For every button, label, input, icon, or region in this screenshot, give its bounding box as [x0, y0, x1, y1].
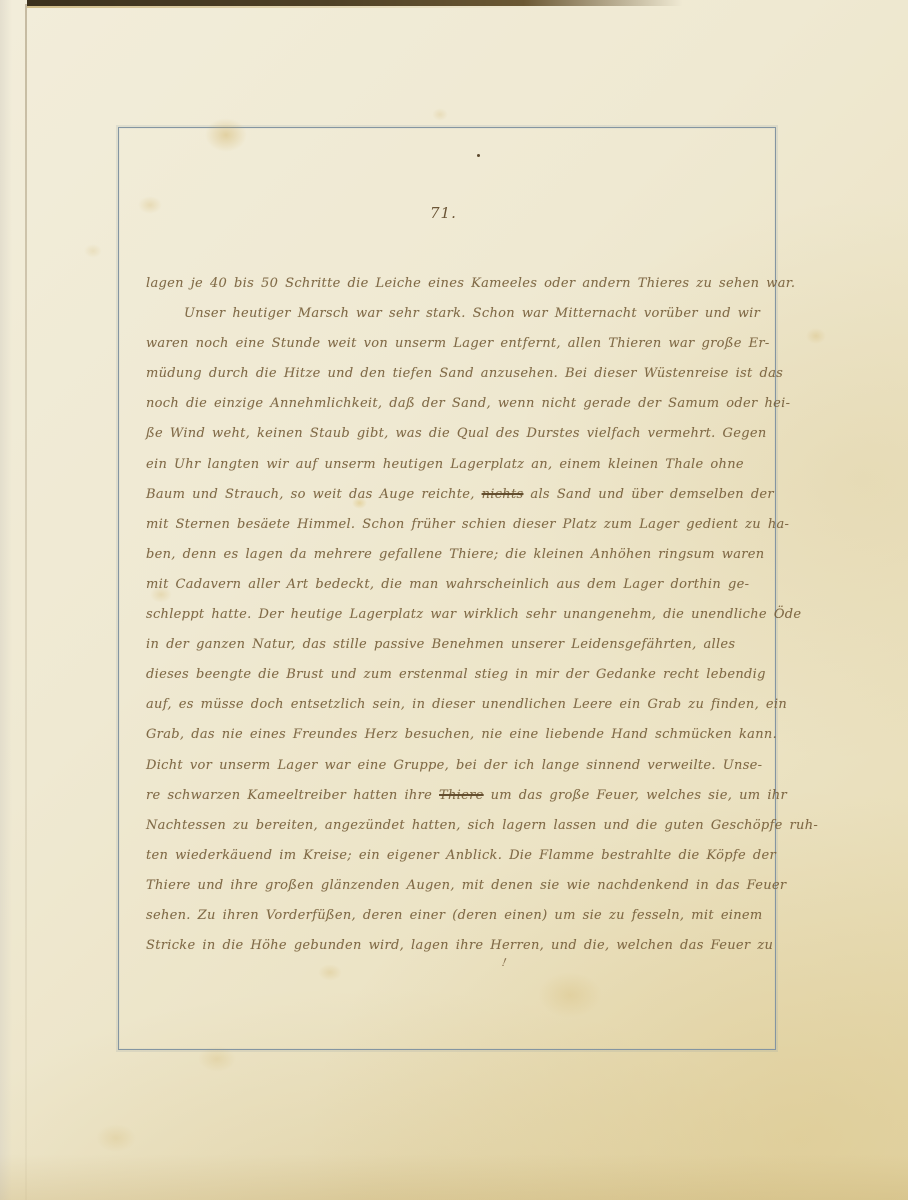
- manuscript-line: re schwarzen Kameeltreiber hatten ihre T…: [146, 788, 770, 818]
- page-gutter-crease: [25, 4, 27, 1200]
- manuscript-line: lagen je 40 bis 50 Schritte die Leiche e…: [146, 276, 770, 306]
- line-text: Stricke in die Höhe gebunden wird, lagen…: [146, 938, 773, 953]
- manuscript-line: müdung durch die Hitze und den tiefen Sa…: [146, 366, 770, 396]
- line-text: schleppt hatte. Der heutige Lagerplatz w…: [146, 607, 801, 622]
- line-text: als Sand und über demselben der: [523, 487, 773, 502]
- foxing-stain: [84, 244, 102, 258]
- book-top-edge-highlight: [27, 6, 547, 8]
- foxing-stain: [806, 328, 826, 344]
- line-text: Grab, das nie eines Freundes Herz besuch…: [146, 727, 777, 742]
- line-text: mit Sternen besäete Himmel. Schon früher…: [146, 517, 789, 532]
- manuscript-line: dieses beengte die Brust und zum erstenm…: [146, 667, 770, 697]
- line-text: in der ganzen Natur, das stille passive …: [146, 637, 735, 652]
- line-text: ße Wind weht, keinen Staub gibt, was die…: [146, 426, 767, 441]
- line-text: ben, denn es lagen da mehrere gefallene …: [146, 547, 764, 562]
- manuscript-line: schleppt hatte. Der heutige Lagerplatz w…: [146, 607, 770, 637]
- line-text: waren noch eine Stunde weit von unserm L…: [146, 336, 770, 351]
- page-bottom-shade: [0, 1154, 908, 1200]
- foxing-stain: [432, 108, 448, 121]
- manuscript-line: Nachtessen zu bereiten, angezündet hatte…: [146, 818, 770, 848]
- line-text: um das große Feuer, welches sie, um ihr: [484, 788, 787, 803]
- foxing-stain: [96, 1124, 136, 1152]
- manuscript-line: noch die einzige Annehmlichkeit, daß der…: [146, 396, 770, 426]
- manuscript-line: sehen. Zu ihren Vorderfüßen, deren einer…: [146, 908, 770, 938]
- manuscript-line: ein Uhr langten wir auf unserm heutigen …: [146, 457, 770, 487]
- manuscript-line: Baum und Strauch, so weit das Auge reich…: [146, 487, 770, 517]
- manuscript-line: auf, es müsse doch entsetzlich sein, in …: [146, 697, 770, 727]
- manuscript-line: Grab, das nie eines Freundes Herz besuch…: [146, 727, 770, 757]
- manuscript-line: waren noch eine Stunde weit von unserm L…: [146, 336, 770, 366]
- line-text: noch die einzige Annehmlichkeit, daß der…: [146, 396, 790, 411]
- ink-dot: [477, 154, 480, 157]
- line-text: müdung durch die Hitze und den tiefen Sa…: [146, 366, 783, 381]
- line-text: dieses beengte die Brust und zum erstenm…: [146, 667, 766, 682]
- manuscript-line: ße Wind weht, keinen Staub gibt, was die…: [146, 426, 770, 456]
- manuscript-line: Thiere und ihre großen glänzenden Augen,…: [146, 878, 770, 908]
- line-text: sehen. Zu ihren Vorderfüßen, deren einer…: [146, 908, 763, 923]
- page-number: 71.: [430, 204, 490, 222]
- line-text: Nachtessen zu bereiten, angezündet hatte…: [146, 818, 818, 833]
- manuscript-line: mit Sternen besäete Himmel. Schon früher…: [146, 517, 770, 547]
- manuscript-line: Dicht vor unserm Lager war eine Gruppe, …: [146, 758, 770, 788]
- manuscript-line: ten wiederkäuend im Kreise; ein eigener …: [146, 848, 770, 878]
- line-text: lagen je 40 bis 50 Schritte die Leiche e…: [146, 276, 795, 291]
- struck-word: nichts: [482, 487, 524, 502]
- line-text: Thiere und ihre großen glänzenden Augen,…: [146, 878, 786, 893]
- manuscript-line: ben, denn es lagen da mehrere gefallene …: [146, 547, 770, 577]
- manuscript-line: in der ganzen Natur, das stille passive …: [146, 637, 770, 667]
- line-text: mit Cadavern aller Art bedeckt, die man …: [146, 577, 749, 592]
- line-text: Baum und Strauch, so weit das Auge reich…: [146, 487, 482, 502]
- manuscript-line: mit Cadavern aller Art bedeckt, die man …: [146, 577, 770, 607]
- manuscript-text-block: lagen je 40 bis 50 Schritte die Leiche e…: [146, 276, 770, 968]
- struck-word: Thiere: [439, 788, 484, 803]
- line-text: ein Uhr langten wir auf unserm heutigen …: [146, 457, 744, 472]
- line-text: ten wiederkäuend im Kreise; ein eigener …: [146, 848, 776, 863]
- line-text: re schwarzen Kameeltreiber hatten ihre: [146, 788, 439, 803]
- page-left-edge: [0, 0, 12, 1200]
- line-text: auf, es müsse doch entsetzlich sein, in …: [146, 697, 787, 712]
- line-text: Dicht vor unserm Lager war eine Gruppe, …: [146, 758, 762, 773]
- line-text: Unser heutiger Marsch war sehr stark. Sc…: [184, 306, 760, 321]
- manuscript-line: Unser heutiger Marsch war sehr stark. Sc…: [146, 306, 770, 336]
- manuscript-line: Stricke in die Höhe gebunden wird, lagen…: [146, 938, 770, 968]
- manuscript-page-scan: ! 71. lagen je 40 bis 50 Schritte die Le…: [0, 0, 908, 1200]
